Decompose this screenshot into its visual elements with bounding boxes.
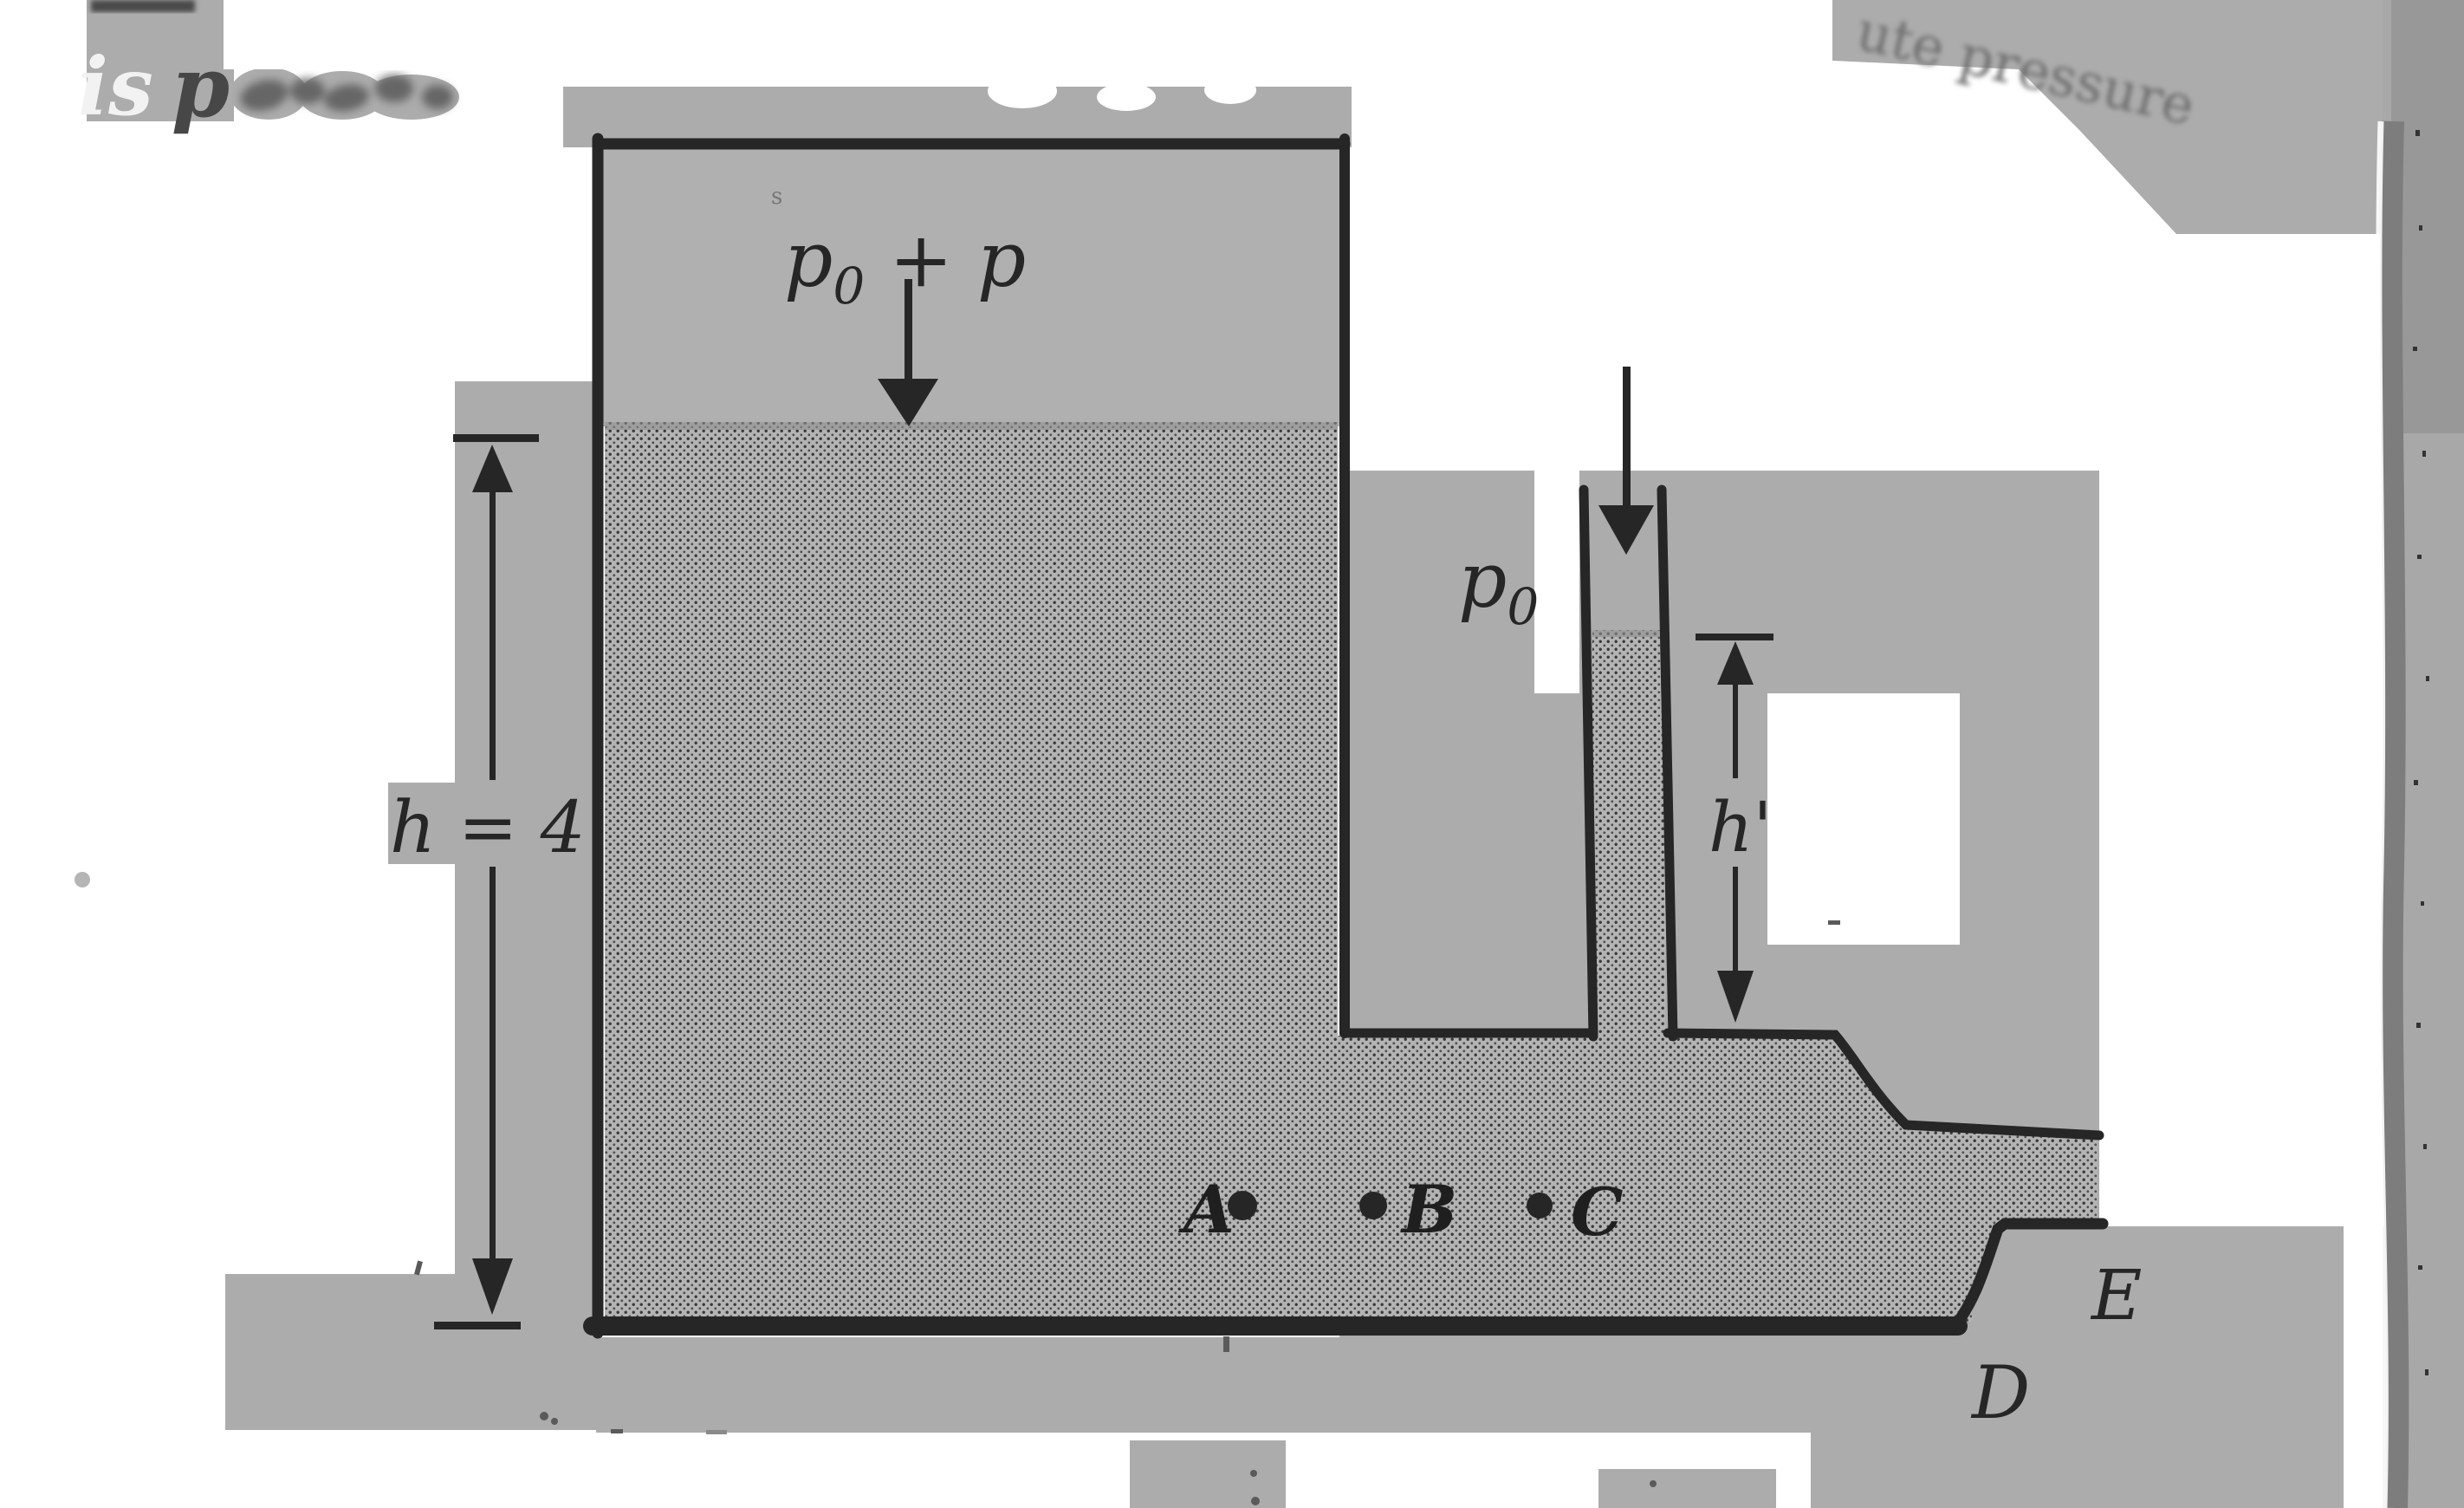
point-b-dot <box>1359 1192 1387 1219</box>
point-c-dot <box>1527 1193 1553 1219</box>
gray-band-bottom-left <box>225 1274 598 1430</box>
applied-pressure-label: p0 + p <box>784 215 1026 315</box>
point-e-label: E <box>2090 1255 2142 1336</box>
fluid-surface-line <box>605 422 1338 430</box>
cropped-letter-p: p <box>172 38 230 136</box>
point-d-label: D <box>1970 1350 2030 1435</box>
hydrostatics-diagram: p0 + p h = 4 p0 h' A B C E D is p ute pr… <box>0 0 2464 1508</box>
tube-arrow-shaft <box>1623 367 1631 512</box>
page-edge-band <box>2391 121 2398 1508</box>
white-pocket-2 <box>1767 693 1960 945</box>
gray-tab-bottom-1 <box>1130 1440 1286 1508</box>
h-prime-label: h' <box>1709 787 1773 868</box>
white-pocket-3 <box>2099 234 2387 1226</box>
svg-text:s: s <box>771 184 782 210</box>
h-dimension-label: h = 4 <box>390 787 586 869</box>
gray-band-bottom <box>596 1337 1819 1433</box>
point-c-label: C <box>1571 1173 1624 1251</box>
point-b-label: B <box>1400 1171 1457 1248</box>
gray-tab-bottom-2 <box>1598 1469 1776 1508</box>
tube-fluid <box>1592 630 1665 1037</box>
scanned-textbook-figure: p0 + p h = 4 p0 h' A B C E D is p ute pr… <box>0 0 2464 1508</box>
point-a-label: A <box>1178 1171 1235 1248</box>
white-pocket-1 <box>1534 471 1579 693</box>
cropped-word-is: is <box>78 40 153 133</box>
